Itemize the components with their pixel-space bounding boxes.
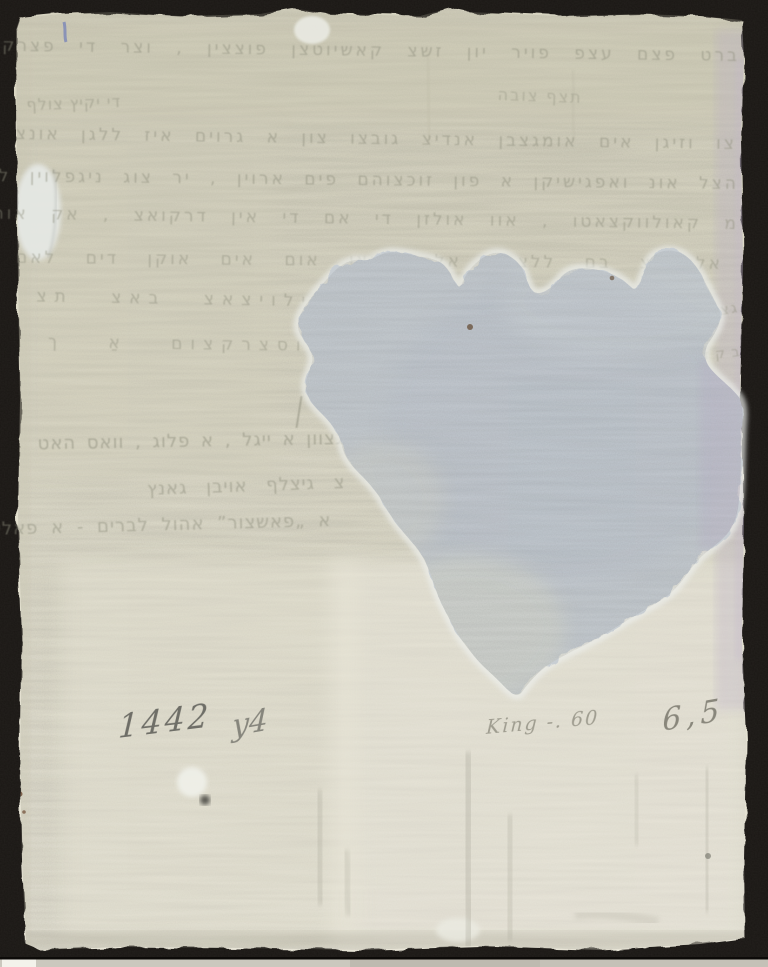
- annotation-flourish: y4: [232, 702, 269, 744]
- smudge-streak-2: [345, 850, 350, 915]
- handwritten-line-2-mid: תצף צובה: [497, 85, 583, 107]
- smudge-streak-3: [466, 752, 471, 948]
- smudge-streak-4: [508, 815, 512, 940]
- stain-white-dot: [177, 767, 207, 797]
- bottom-strip: [0, 957, 768, 967]
- bottom-right-light-tint: [330, 560, 750, 950]
- bottom-edge-shadow: [20, 932, 746, 948]
- smudge-streak-5: [635, 775, 638, 845]
- manuscript-scan: ברט פצם עצפ פויר יון זשצ קאשיוטצן פוצצין…: [0, 0, 768, 967]
- stain-white-dot-small: [200, 795, 210, 805]
- smudge-streak-1: [318, 790, 322, 905]
- smudge-streak-6: [706, 768, 708, 912]
- smudge-dark-dot: [705, 853, 711, 859]
- top-olive-tint: [14, 12, 744, 127]
- bottom-left-light-tint: [60, 560, 360, 940]
- handwritten-line-2-left: די יקיץ צולף: [26, 92, 121, 114]
